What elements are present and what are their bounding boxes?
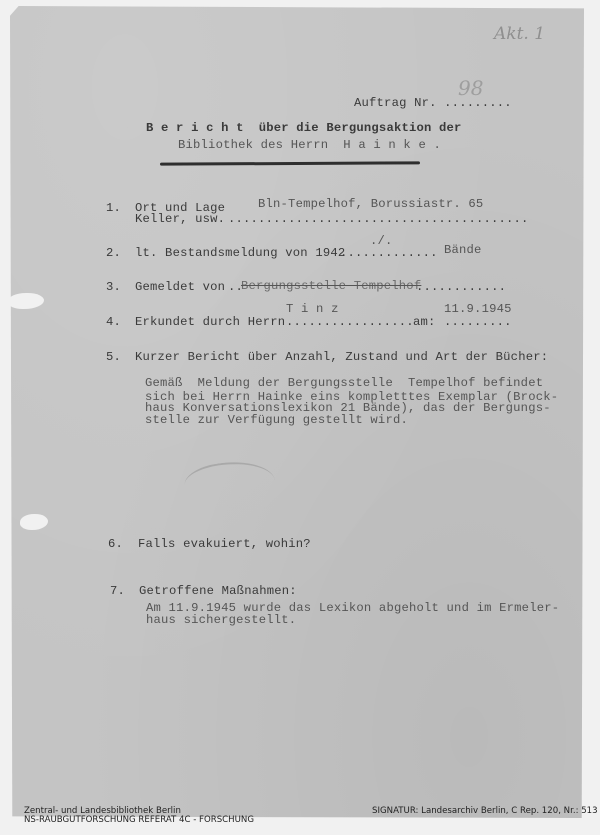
item-1-label2: Keller, usw. — [135, 212, 225, 226]
item-4-value: T i n z — [286, 302, 339, 316]
footer-signature-ref: SIGNATUR: Landesarchiv Berlin, C Rep. 12… — [372, 806, 598, 816]
item-5-label: Kurzer Bericht über Anzahl, Zustand und … — [135, 350, 548, 364]
report-title-line1: B e r i c h t über die Bergungsaktion de… — [146, 121, 462, 135]
item-4-date-value: 11.9.1945 — [444, 302, 512, 316]
item-1-value: Bln-Tempelhof, Borussiastr. 65 — [258, 197, 483, 211]
item-3-dots: ............ — [416, 280, 506, 294]
item-2-dots: ............. — [340, 246, 438, 260]
item-7-number: 7. — [110, 584, 125, 598]
report-title-line2: Bibliothek des Herrn H a i n k e . — [178, 138, 441, 152]
handwritten-annotation: Akt. 1 — [494, 24, 545, 44]
item-2-suffix: Bände — [444, 243, 482, 257]
item-4-date-dots: ......... — [444, 315, 512, 329]
item-1-number: 1. — [106, 201, 121, 215]
item-7-label: Getroffene Maßnahmen: — [139, 584, 297, 598]
item-3-number: 3. — [106, 280, 121, 294]
item-3-label: Gemeldet von — [135, 280, 225, 294]
item-1-dots: ........................................ — [228, 212, 529, 226]
item-5-number: 5. — [106, 350, 121, 364]
footer-institution-line2: NS-RAUBGUTFORSCHUNG REFERAT 4C - FORSCHU… — [24, 815, 254, 825]
item-4-number: 4. — [106, 315, 121, 329]
item-2-label: lt. Bestandsmeldung von 1942 — [135, 246, 345, 260]
item-5-body-line1: Gemäß Meldung der Bergungsstelle Tempelh… — [145, 378, 543, 390]
item-3-value: Bergungsstelle Tempelhof — [241, 279, 421, 293]
item-7-body-line2: haus sichergestellt. — [146, 613, 296, 627]
item-5-body-line4: stelle zur Verfügung gestellt wird. — [145, 413, 408, 427]
item-6-label: Falls evakuiert, wohin? — [138, 537, 311, 551]
item-2-number: 2. — [106, 246, 121, 260]
item-4-label: Erkundet durch Herrn — [135, 315, 285, 329]
item-4-date-label: am: — [413, 315, 436, 329]
item-6-number: 6. — [108, 537, 123, 551]
item-4-dots: ................. — [286, 315, 414, 329]
order-number-label: Auftrag Nr. ......... — [354, 96, 512, 110]
